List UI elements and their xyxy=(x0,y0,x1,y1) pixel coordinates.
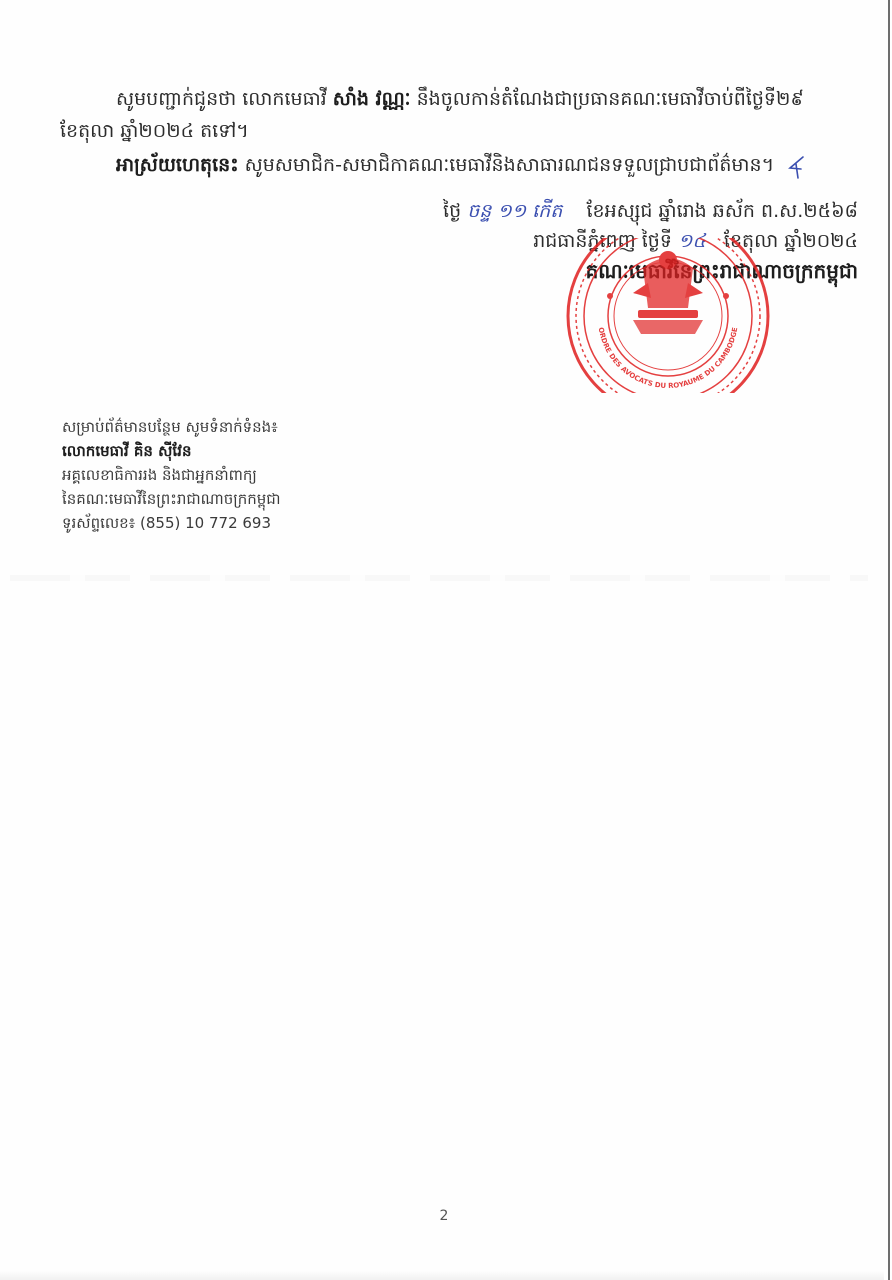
phone-number: (855) 10 772 693 xyxy=(140,514,271,532)
contact-phone-row: ទូរស័ព្ទលេខ៖ (855) 10 772 693 xyxy=(62,511,281,535)
lunar-dateline: ថ្ងៃ ចន្ទ ១១ កើត ខែអស្សុជ ឆ្នាំរោង ឆស័ក … xyxy=(443,198,858,224)
president-name: សាំង វណ្ណៈ xyxy=(333,88,411,110)
paragraph-2-rest: សូមសមាជិក-សមាជិកាគណៈមេធាវីនិងសាធារណជនទទួ… xyxy=(245,154,775,176)
contact-role: អគ្គលេខាធិការរង និងជាអ្នកនាំពាក្យ xyxy=(62,463,281,487)
handwritten-initial-icon xyxy=(785,154,811,180)
phone-label: ទូរស័ព្ទលេខ៖ xyxy=(62,514,135,532)
paragraph-1-rest: នឹងចូលកាន់តំណែងជាប្រធានគណៈមេធាវីចាប់ពីថ្… xyxy=(417,88,804,110)
page-number: 2 xyxy=(0,1208,888,1224)
paragraph-1-lead: សូមបញ្ជាក់ជូនថា លោកមេធាវី xyxy=(116,88,327,110)
official-seal-icon: ORDRE DES AVOCATS DU ROYAUME DU CAMBODGE xyxy=(563,238,773,393)
lunar-suffix: ខែអស្សុជ ឆ្នាំរោង ឆស័ក ព.ស.២៥៦៨ xyxy=(586,200,858,222)
lunar-handwritten-date: ចន្ទ ១១ កើត xyxy=(467,200,562,222)
paragraph-2-lead: អាស្រ័យហេតុនេះ xyxy=(116,154,239,176)
contact-block: សម្រាប់ព័ត៌មានបន្ថែម សូមទំនាក់ទំនង៖ លោកម… xyxy=(62,415,281,535)
contact-name: លោកមេធាវី គិន ស៊ីវែន xyxy=(62,439,281,463)
bleed-through-artifact xyxy=(10,575,868,581)
document-page: សូមបញ្ជាក់ជូនថា លោកមេធាវី សាំង វណ្ណៈ នឹង… xyxy=(0,0,890,1280)
contact-organization: នៃគណៈមេធាវីនៃព្រះរាជាណាចក្រកម្ពុជា xyxy=(62,487,281,511)
paragraph-1-line-1: សូមបញ្ជាក់ជូនថា លោកមេធាវី សាំង វណ្ណៈ នឹង… xyxy=(116,86,804,112)
paragraph-1-line-2: ខែតុលា ឆ្នាំ២០២៤ តទៅ។ xyxy=(60,118,249,144)
contact-intro: សម្រាប់ព័ត៌មានបន្ថែម សូមទំនាក់ទំនង៖ xyxy=(62,415,281,439)
paragraph-2: អាស្រ័យហេតុនេះ សូមសមាជិក-សមាជិកាគណៈមេធាវ… xyxy=(116,152,774,178)
page-bottom-shadow xyxy=(0,1270,884,1280)
lunar-prefix: ថ្ងៃ xyxy=(443,200,461,222)
